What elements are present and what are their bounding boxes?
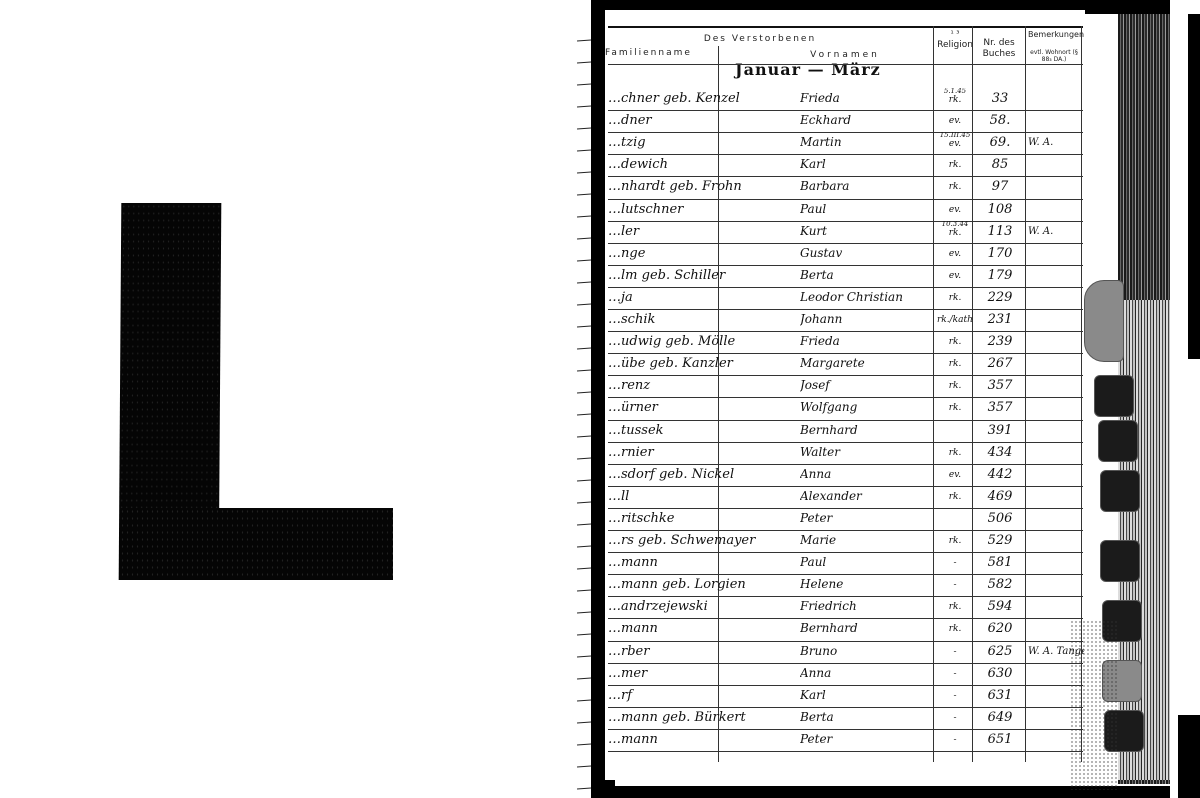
row-rule	[608, 707, 1083, 708]
religion-value: -	[953, 669, 956, 679]
cell-religion: rk.	[937, 403, 973, 413]
row-rule	[608, 618, 1083, 619]
facing-page-rule	[577, 744, 591, 746]
cell-nr-des-buches: 229	[975, 290, 1025, 305]
religion-value: ev.	[949, 116, 961, 126]
facing-page-rule	[577, 480, 591, 482]
index-tab	[1098, 420, 1138, 462]
row-rule	[608, 751, 1083, 752]
cell-religion: rk.	[937, 293, 973, 303]
cell-religion: -	[937, 669, 973, 679]
row-rule	[608, 353, 1083, 354]
cell-religion: rk.	[937, 536, 973, 546]
facing-page-rule	[577, 524, 591, 526]
cell-nr-des-buches: 581	[975, 555, 1025, 570]
cell-vornamen: Leodor Christian	[800, 290, 935, 304]
row-rule	[608, 486, 1083, 487]
header-group-label: Des Verstorbenen	[700, 34, 820, 45]
religion-value: rk.	[949, 337, 962, 347]
religion-value: rk.	[949, 492, 962, 502]
facing-page-rule	[577, 568, 591, 570]
row-rule	[608, 397, 1083, 398]
cell-religion: rk.	[937, 448, 973, 458]
row-rule	[608, 309, 1083, 310]
cell-nr-des-buches: 442	[975, 467, 1025, 482]
row-rule	[608, 574, 1083, 575]
cell-religion: ev.	[937, 249, 973, 259]
facing-page-rule	[577, 194, 591, 196]
facing-page-rule	[577, 414, 591, 416]
facing-page-rule	[577, 700, 591, 702]
cell-nr-des-buches: 113	[975, 224, 1025, 239]
religion-value: rk.	[949, 448, 962, 458]
cell-nr-des-buches: 630	[975, 666, 1025, 681]
facing-page-rule	[577, 612, 591, 614]
row-rule	[608, 199, 1083, 200]
religion-value: rk.	[949, 293, 962, 303]
cell-nr-des-buches: 469	[975, 489, 1025, 504]
religion-value: -	[953, 735, 956, 745]
facing-page-rule	[577, 238, 591, 240]
religion-value: rk.	[949, 403, 962, 413]
facing-page-rule	[577, 766, 591, 768]
cell-nr-des-buches: 594	[975, 599, 1025, 614]
facing-page-rule	[577, 502, 591, 504]
row-rule	[608, 243, 1083, 244]
cell-religion: rk./kath.	[937, 315, 973, 325]
facing-page-rule	[577, 458, 591, 460]
cell-nr-des-buches: 85	[975, 157, 1025, 172]
facing-page-rule	[577, 40, 591, 42]
cell-nr-des-buches: 97	[975, 179, 1025, 194]
cell-vornamen: Berta	[800, 710, 935, 724]
cell-vornamen: Berta	[800, 268, 935, 282]
cell-religion: rk.	[937, 381, 973, 391]
cell-religion: -	[937, 691, 973, 701]
header-bemerkungen-sub: evtl. Wohnort (§ 88₃ DA.)	[1028, 49, 1080, 63]
index-tab	[1094, 375, 1134, 417]
facing-page-edge	[577, 0, 591, 798]
row-rule	[608, 641, 1083, 642]
header-familienname: Familienname	[605, 48, 710, 59]
cell-nr-des-buches: 357	[975, 378, 1025, 393]
cell-vornamen: Paul	[800, 555, 935, 569]
cell-bemerkungen: W. A.	[1028, 226, 1084, 237]
cell-nr-des-buches: 434	[975, 445, 1025, 460]
cell-vornamen: Bruno	[800, 644, 935, 658]
facing-page-rule	[577, 62, 591, 64]
cell-vornamen: Frieda	[800, 91, 935, 105]
cell-vornamen: Gustav	[800, 246, 935, 260]
cell-vornamen: Walter	[800, 445, 935, 459]
column-divider	[1025, 26, 1026, 762]
religion-value: ev.	[949, 139, 961, 149]
cell-vornamen: Friedrich	[800, 599, 935, 613]
scan-shadow	[1188, 14, 1200, 359]
religion-value: rk.	[949, 160, 962, 170]
cell-vornamen: Bernhard	[800, 423, 935, 437]
cell-religion: -	[937, 580, 973, 590]
cell-nr-des-buches: 582	[975, 577, 1025, 592]
facing-page-rule	[577, 326, 591, 328]
cell-vornamen: Eckhard	[800, 113, 935, 127]
index-tab	[1100, 540, 1140, 582]
cell-vornamen: Anna	[800, 467, 935, 481]
religion-value: -	[953, 558, 956, 568]
row-rule	[608, 596, 1083, 597]
cell-vornamen: Peter	[800, 732, 935, 746]
religion-value: -	[953, 691, 956, 701]
religion-note: 5.1.45	[937, 88, 973, 95]
cell-religion: rk.	[937, 359, 973, 369]
cell-vornamen: Karl	[800, 688, 935, 702]
facing-page-rule	[577, 590, 591, 592]
religion-value: ev.	[949, 470, 961, 480]
cell-nr-des-buches: 58.	[975, 113, 1025, 128]
facing-page-rule	[577, 216, 591, 218]
cell-nr-des-buches: 649	[975, 710, 1025, 725]
header-top-rule	[608, 26, 1083, 28]
religion-value: rk.	[949, 182, 962, 192]
index-tab	[1084, 280, 1124, 362]
religion-value: rk.	[949, 536, 962, 546]
religion-note: 15.III.45	[937, 132, 973, 139]
facing-page-rule	[577, 348, 591, 350]
row-rule	[608, 221, 1083, 222]
cell-nr-des-buches: 391	[975, 423, 1025, 438]
scan-shadow	[1178, 715, 1200, 798]
facing-page-rule	[577, 546, 591, 548]
cell-religion: ev.	[937, 116, 973, 126]
header-nr-des-buches: Nr. des Buches	[976, 38, 1022, 60]
cell-vornamen: Karl	[800, 157, 935, 171]
scan-margin-right	[1170, 0, 1200, 798]
cell-vornamen: Martin	[800, 135, 935, 149]
cell-religion: 5.1.45rk.	[937, 88, 973, 105]
cell-religion: -	[937, 558, 973, 568]
cell-vornamen: Marie	[800, 533, 935, 547]
facing-page-rule	[577, 150, 591, 152]
row-rule	[608, 375, 1083, 376]
religion-value: rk./kath.	[937, 315, 973, 325]
cell-vornamen: Peter	[800, 511, 935, 525]
facing-page-rule	[577, 172, 591, 174]
header-religion-mark: ¹ ³	[940, 30, 970, 37]
cell-religion: rk.	[937, 602, 973, 612]
cell-nr-des-buches: 529	[975, 533, 1025, 548]
religion-value: rk.	[949, 624, 962, 634]
religion-value: rk.	[949, 359, 962, 369]
facing-page-rule	[577, 260, 591, 262]
row-rule	[608, 685, 1083, 686]
cell-religion: ev.	[937, 470, 973, 480]
cell-vornamen: Alexander	[800, 489, 935, 503]
religion-value: -	[953, 647, 956, 657]
row-rule	[608, 508, 1083, 509]
cell-religion: ev.	[937, 271, 973, 281]
row-rule	[608, 110, 1083, 111]
religion-value: ev.	[949, 271, 961, 281]
cell-religion: rk.	[937, 492, 973, 502]
row-rule	[608, 464, 1083, 465]
cell-nr-des-buches: 357	[975, 400, 1025, 415]
facing-page-rule	[577, 370, 591, 372]
cell-nr-des-buches: 33	[975, 91, 1025, 106]
facing-page-rule	[577, 722, 591, 724]
cell-nr-des-buches: 267	[975, 356, 1025, 371]
cell-religion: ev.	[937, 205, 973, 215]
facing-page-rule	[577, 788, 591, 790]
facing-page-rule	[577, 392, 591, 394]
cell-nr-des-buches: 239	[975, 334, 1025, 349]
cell-nr-des-buches: 69.	[975, 135, 1025, 150]
cell-nr-des-buches: 506	[975, 511, 1025, 526]
cell-religion: -	[937, 713, 973, 723]
cell-nr-des-buches: 625	[975, 644, 1025, 659]
cell-vornamen: Barbara	[800, 179, 935, 193]
religion-value: rk.	[949, 381, 962, 391]
facing-page-rule	[577, 282, 591, 284]
facing-page-rule	[577, 304, 591, 306]
period-heading: Januar — März	[735, 60, 881, 79]
header-bemerkungen: Bemerkungen	[1028, 30, 1080, 39]
cell-vornamen: Wolfgang	[800, 400, 935, 414]
cell-religion: 10.3.44rk.	[937, 221, 973, 238]
row-rule	[608, 287, 1083, 288]
cell-nr-des-buches: 108	[975, 202, 1025, 217]
cell-vornamen: Helene	[800, 577, 935, 591]
cell-religion: 15.III.45ev.	[937, 132, 973, 149]
facing-page-rule	[577, 128, 591, 130]
cell-vornamen: Johann	[800, 312, 935, 326]
left-page	[0, 0, 580, 798]
row-rule	[608, 530, 1083, 531]
letter-foot	[120, 508, 393, 580]
cell-nr-des-buches: 651	[975, 732, 1025, 747]
facing-page-rule	[577, 678, 591, 680]
cell-vornamen: Kurt	[800, 224, 935, 238]
cell-nr-des-buches: 231	[975, 312, 1025, 327]
row-rule	[608, 442, 1083, 443]
cell-nr-des-buches: 179	[975, 268, 1025, 283]
row-rule	[608, 132, 1083, 133]
facing-page-rule	[577, 84, 591, 86]
row-rule	[608, 663, 1083, 664]
religion-value: rk.	[949, 602, 962, 612]
cell-nr-des-buches: 631	[975, 688, 1025, 703]
religion-value: rk.	[949, 95, 962, 105]
header-religion: Religion	[936, 40, 974, 51]
cell-religion: rk.	[937, 160, 973, 170]
row-rule	[608, 331, 1083, 332]
religion-value: ev.	[949, 249, 961, 259]
row-rule	[608, 176, 1083, 177]
facing-page-rule	[577, 436, 591, 438]
facing-page-rule	[577, 634, 591, 636]
cell-religion: rk.	[937, 624, 973, 634]
index-tab	[1100, 470, 1140, 512]
row-rule	[608, 265, 1083, 266]
religion-value: ev.	[949, 205, 961, 215]
cell-nr-des-buches: 620	[975, 621, 1025, 636]
row-rule	[608, 420, 1083, 421]
facing-page-rule	[577, 656, 591, 658]
row-rule	[608, 552, 1083, 553]
religion-value: -	[953, 580, 956, 590]
cell-vornamen: Paul	[800, 202, 935, 216]
cell-nr-des-buches: 170	[975, 246, 1025, 261]
religion-value: rk.	[949, 228, 962, 238]
cell-vornamen: Frieda	[800, 334, 935, 348]
header-bottom-rule	[608, 64, 1083, 65]
cell-bemerkungen: W. A. Tangen	[1028, 646, 1084, 657]
cell-vornamen: Josef	[800, 378, 935, 392]
religion-note: 10.3.44	[937, 221, 973, 228]
cell-bemerkungen: W. A.	[1028, 137, 1084, 148]
cell-religion: -	[937, 647, 973, 657]
cell-vornamen: Bernhard	[800, 621, 935, 635]
cell-vornamen: Margarete	[800, 356, 935, 370]
cell-religion: rk.	[937, 337, 973, 347]
row-rule	[608, 154, 1083, 155]
cell-religion: -	[937, 735, 973, 745]
cell-vornamen: Anna	[800, 666, 935, 680]
row-rule	[608, 729, 1083, 730]
facing-page-rule	[577, 106, 591, 108]
religion-value: -	[953, 713, 956, 723]
cell-religion: rk.	[937, 182, 973, 192]
